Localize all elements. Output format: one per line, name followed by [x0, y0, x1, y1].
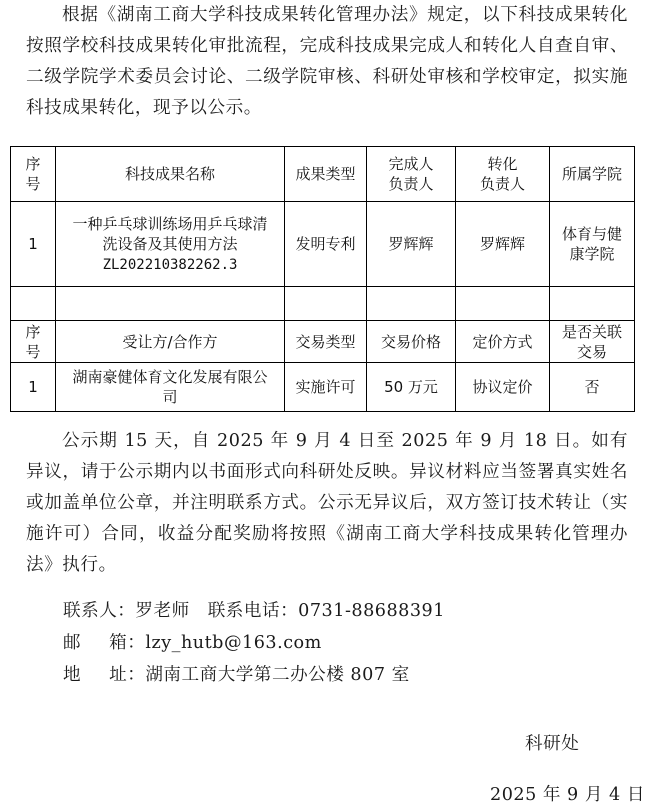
cell-related: 否 — [550, 363, 635, 412]
cell-type: 发明专利 — [285, 202, 367, 287]
header2-price: 交易价格 — [367, 321, 456, 363]
contact-email[interactable]: lzy_hutb@163.com — [145, 633, 322, 653]
table-empty-row — [11, 287, 635, 321]
signature-department: 科研处 — [525, 730, 579, 755]
cell-completer: 罗辉辉 — [367, 202, 456, 287]
signature-date: 2025 年 9 月 4 日 — [490, 781, 645, 806]
contact-phone: 0731-88688391 — [298, 601, 445, 621]
header2-pricing-method: 定价方式 — [456, 321, 550, 363]
header-achievement-type: 成果类型 — [285, 147, 367, 202]
header-achievement-name: 科技成果名称 — [56, 147, 285, 202]
cell-transferor: 罗辉辉 — [456, 202, 550, 287]
contact-email-line: 邮箱：lzy_hutb@163.com — [63, 628, 322, 659]
cell-partner: 湖南豪健体育文化发展有限公司 — [56, 363, 285, 412]
header-completer: 完成人负责人 — [367, 147, 456, 202]
cell-achievement-name: 一种乒乓球训练场用乒乓球清洗设备及其使用方法ZL202210382262.3 — [56, 202, 285, 287]
intro-paragraph: 根据《湖南工商大学科技成果转化管理办法》规定，以下科技成果转化按照学校科技成果转… — [26, 0, 628, 124]
contact-address: 湖南工商大学第二办公楼 807 室 — [145, 665, 409, 685]
cell-college: 体育与健康学院 — [550, 202, 635, 287]
table-row: 1 湖南豪健体育文化发展有限公司 实施许可 50 万元 协议定价 否 — [11, 363, 635, 412]
achievement-table: 序号 科技成果名称 成果类型 完成人负责人 转化负责人 所属学院 1 一种乒乓球… — [10, 146, 635, 412]
header-index: 序号 — [11, 147, 56, 202]
header-college: 所属学院 — [550, 147, 635, 202]
header-transferor: 转化负责人 — [456, 147, 550, 202]
notice-paragraph: 公示期 15 天，自 2025 年 9 月 4 日至 2025 年 9 月 18… — [26, 426, 628, 581]
cell-price: 50 万元 — [367, 363, 456, 412]
contact-person-label: 联系人： — [63, 601, 135, 621]
cell-index: 1 — [11, 363, 56, 412]
cell-deal-type: 实施许可 — [285, 363, 367, 412]
cell-index: 1 — [11, 202, 56, 287]
patent-number: ZL202210382262.3 — [103, 257, 238, 273]
contact-person: 罗老师 — [135, 601, 189, 621]
header2-index: 序号 — [11, 321, 56, 363]
table-header-row: 序号 科技成果名称 成果类型 完成人负责人 转化负责人 所属学院 — [11, 147, 635, 202]
header2-deal-type: 交易类型 — [285, 321, 367, 363]
table-header-row-2: 序号 受让方/合作方 交易类型 交易价格 定价方式 是否关联交易 — [11, 321, 635, 363]
contact-phone-label: 联系电话： — [208, 601, 298, 621]
header2-related: 是否关联交易 — [550, 321, 635, 363]
contact-person-line: 联系人：罗老师联系电话：0731-88688391 — [63, 596, 445, 627]
cell-pricing-method: 协议定价 — [456, 363, 550, 412]
table-row: 1 一种乒乓球训练场用乒乓球清洗设备及其使用方法ZL202210382262.3… — [11, 202, 635, 287]
header2-partner: 受让方/合作方 — [56, 321, 285, 363]
contact-address-line: 地址：湖南工商大学第二办公楼 807 室 — [63, 660, 410, 691]
